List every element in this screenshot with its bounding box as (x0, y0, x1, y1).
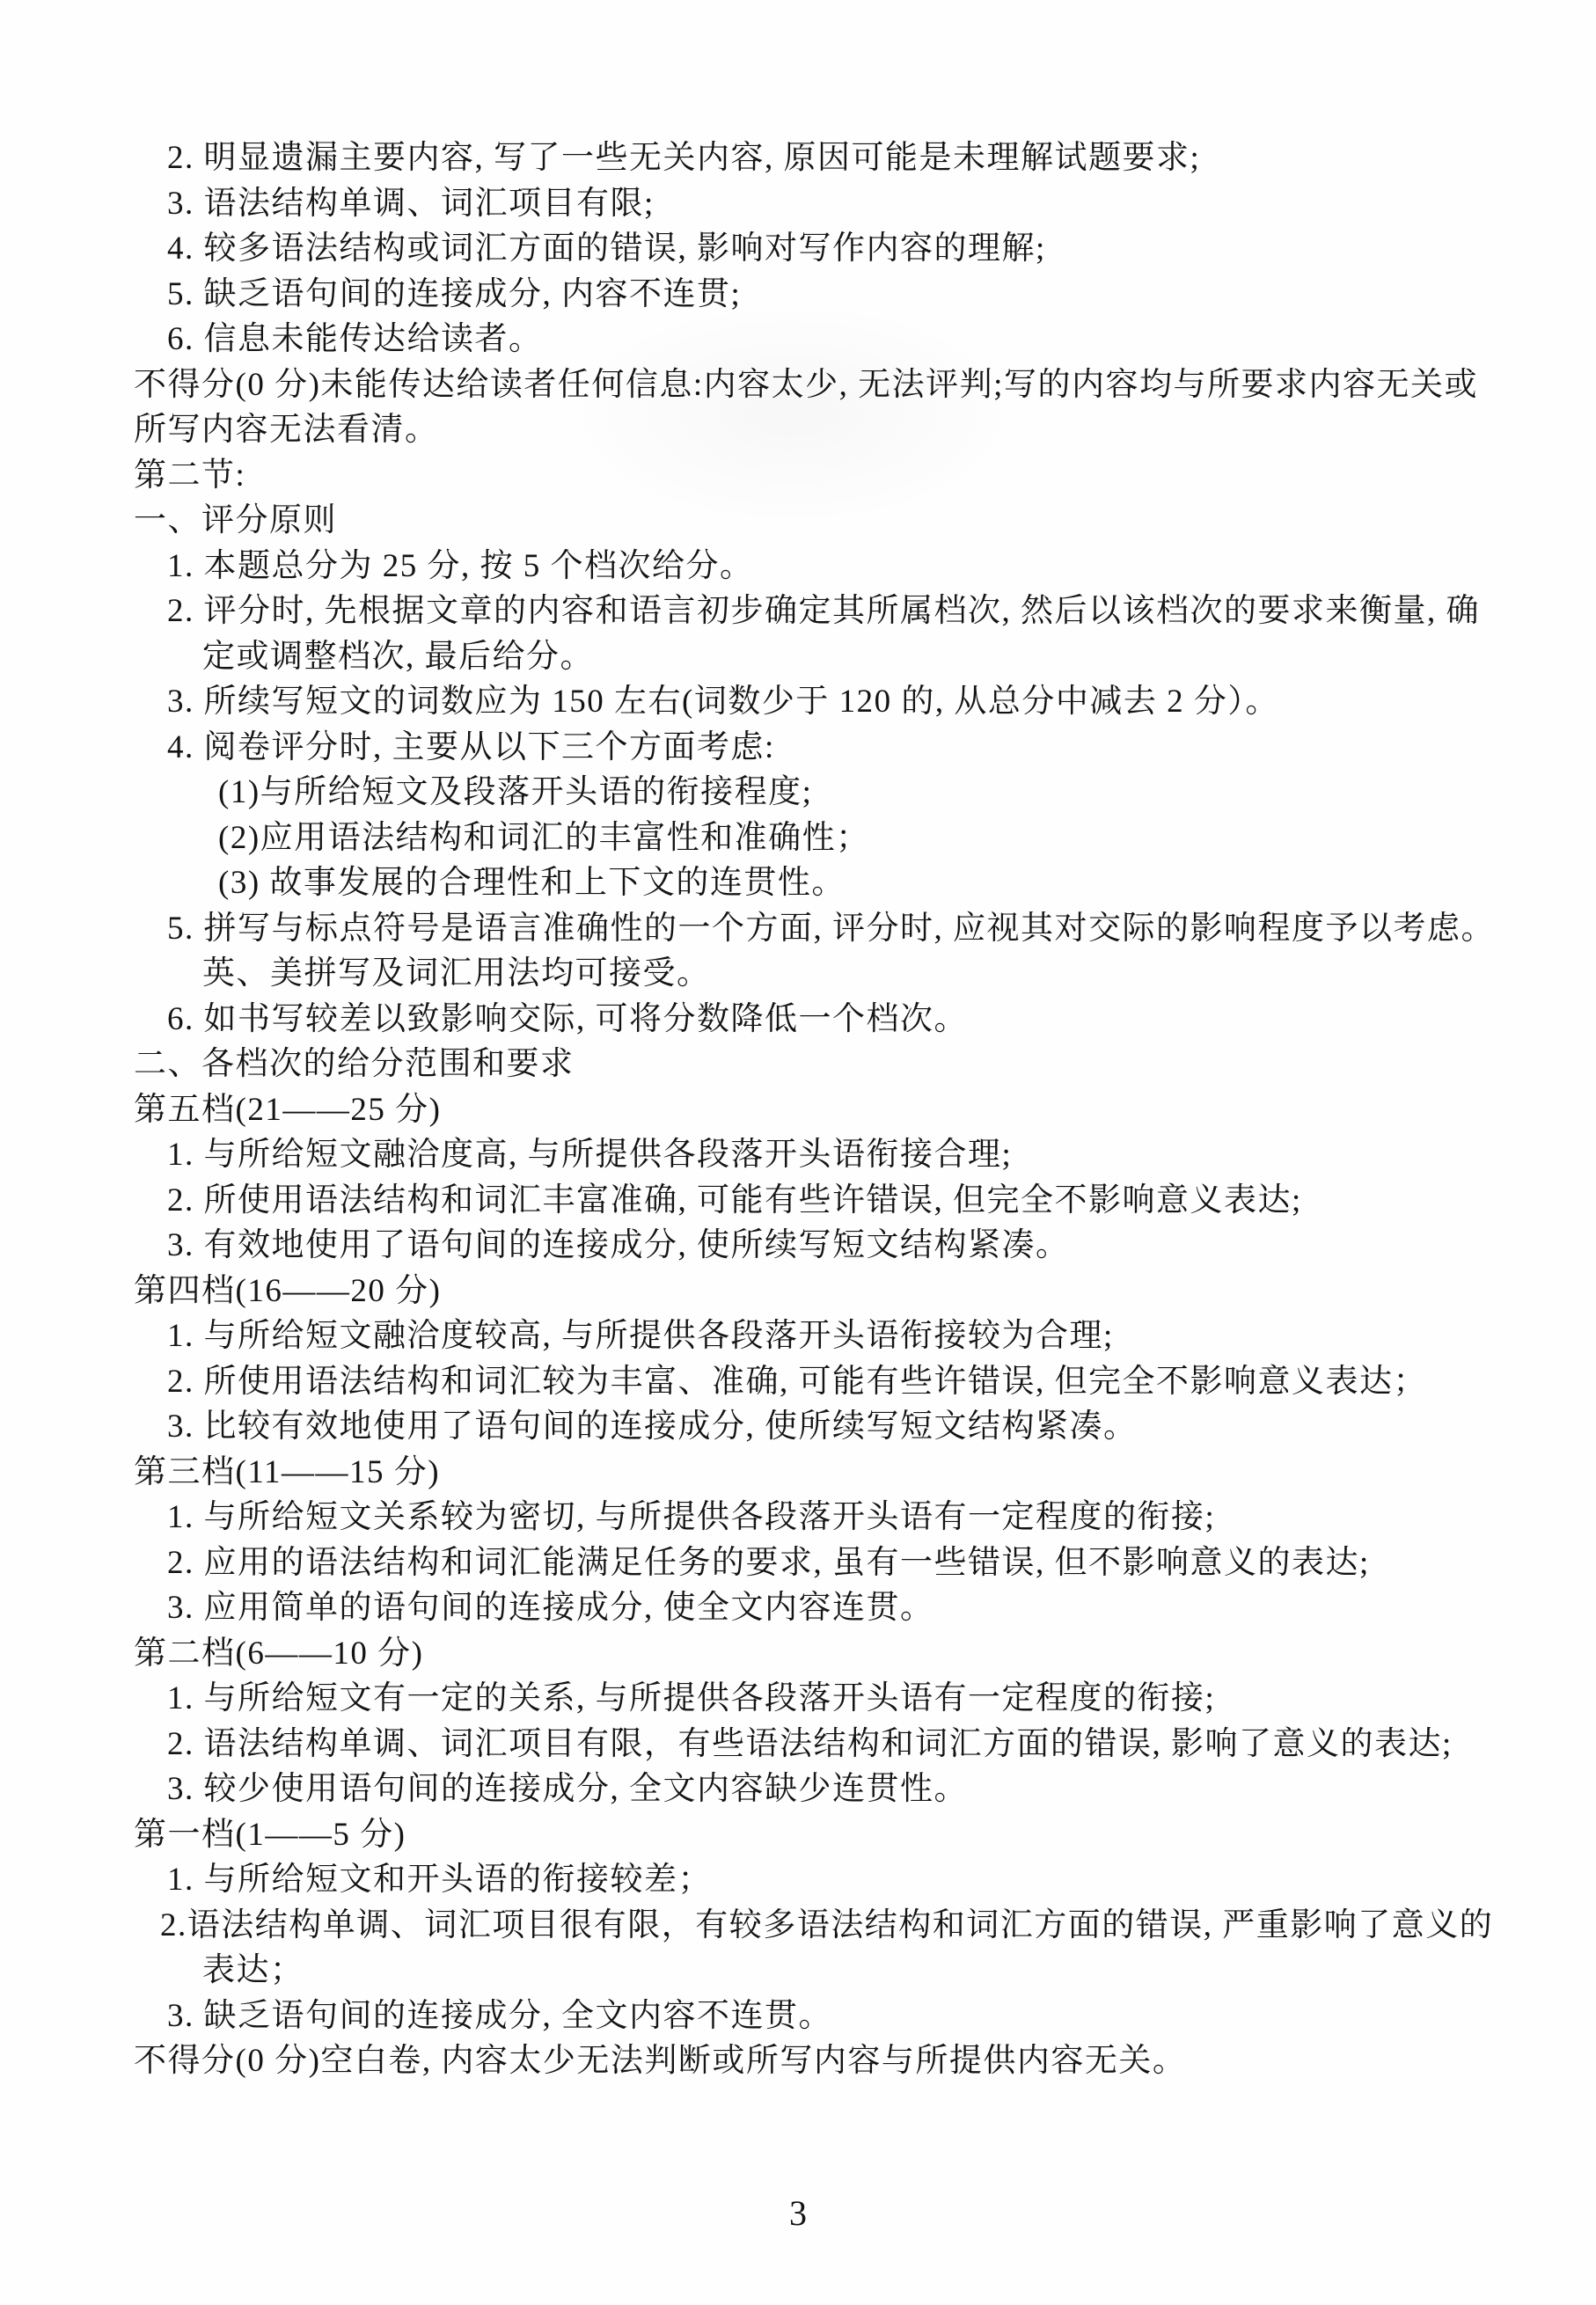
page-number: 3 (0, 2194, 1596, 2233)
text-line: 5. 拼写与标点符号是语言准确性的一个方面, 评分时, 应视其对交际的影响程度予… (167, 906, 1508, 952)
text-line: 一、评分原则 (134, 498, 1508, 544)
text-line: 1. 与所给短文融洽度高, 与所提供各段落开头语衔接合理; (167, 1132, 1508, 1178)
text-line: 1. 与所给短文和开头语的衔接较差； (167, 1857, 1508, 1903)
text-line: 3. 缺乏语句间的连接成分, 全文内容不连贯。 (167, 1994, 1508, 2039)
text-line: 第二节: (134, 453, 1508, 499)
text-line: 1. 与所给短文关系较为密切, 与所提供各段落开头语有一定程度的衔接; (167, 1495, 1508, 1540)
text-line: 3. 应用简单的语句间的连接成分, 使全文内容连贯。 (167, 1585, 1508, 1631)
text-line: 6. 信息未能传达给读者。 (167, 317, 1508, 362)
text-line: 第二档(6——10 分) (134, 1631, 1508, 1677)
text-line: 不得分(0 分)未能传达给读者任何信息:内容太少, 无法评判;写的内容均与所要求… (134, 362, 1508, 408)
text-line: 第三档(11——15 分) (134, 1450, 1508, 1496)
text-line: (3) 故事发展的合理性和上下文的连贯性。 (218, 860, 1508, 906)
text-line: 所写内容无法看清。 (134, 407, 1508, 453)
text-line: 表达； (202, 1948, 1508, 1994)
text-line: 1. 与所给短文有一定的关系, 与所提供各段落开头语有一定程度的衔接; (167, 1676, 1508, 1722)
text-line: 1. 本题总分为 25 分, 按 5 个档次给分。 (167, 544, 1508, 589)
text-line: 4. 阅卷评分时, 主要从以下三个方面考虑: (167, 725, 1508, 771)
text-line: 3. 所续写短文的词数应为 150 左右(词数少于 120 的, 从总分中减去 … (167, 679, 1508, 725)
text-line: 第五档(21——25 分) (134, 1087, 1508, 1133)
text-line: 英、美拼写及词汇用法均可接受。 (202, 951, 1508, 997)
text-line: 2. 所使用语法结构和词汇较为丰富、准确, 可能有些许错误, 但完全不影响意义表… (167, 1359, 1508, 1405)
text-line: 第一档(1——5 分) (134, 1812, 1508, 1858)
text-line: 3. 有效地使用了语句间的连接成分, 使所续写短文结构紧凑。 (167, 1223, 1508, 1269)
text-line: 3. 比较有效地使用了语句间的连接成分, 使所续写短文结构紧凑。 (167, 1404, 1508, 1450)
text-line: 5. 缺乏语句间的连接成分, 内容不连贯; (167, 272, 1508, 318)
text-line: 不得分(0 分)空白卷, 内容太少无法判断或所写内容与所提供内容无关。 (134, 2038, 1508, 2084)
text-line: 2. 评分时, 先根据文章的内容和语言初步确定其所属档次, 然后以该档次的要求来… (167, 589, 1508, 634)
text-line: 2. 所使用语法结构和词汇丰富准确, 可能有些许错误, 但完全不影响意义表达; (167, 1178, 1508, 1224)
text-line: 2.语法结构单调、词汇项目很有限，有较多语法结构和词汇方面的错误, 严重影响了意… (160, 1903, 1508, 1949)
text-line: 2. 明显遗漏主要内容, 写了一些无关内容, 原因可能是未理解试题要求; (167, 135, 1508, 181)
document-body: 2. 明显遗漏主要内容, 写了一些无关内容, 原因可能是未理解试题要求;3. 语… (134, 135, 1508, 2084)
text-line: (2)应用语法结构和词汇的丰富性和准确性； (218, 816, 1508, 861)
text-line: 2. 语法结构单调、词汇项目有限，有些语法结构和词汇方面的错误, 影响了意义的表… (167, 1722, 1508, 1767)
text-line: 6. 如书写较差以致影响交际, 可将分数降低一个档次。 (167, 997, 1508, 1043)
text-line: 4. 较多语法结构或词汇方面的错误, 影响对写作内容的理解; (167, 226, 1508, 272)
text-line: 1. 与所给短文融洽度较高, 与所提供各段落开头语衔接较为合理; (167, 1313, 1508, 1359)
text-line: 2. 应用的语法结构和词汇能满足任务的要求, 虽有一些错误, 但不影响意义的表达… (167, 1540, 1508, 1586)
text-line: 3. 语法结构单调、词汇项目有限; (167, 181, 1508, 227)
document-page: 2. 明显遗漏主要内容, 写了一些无关内容, 原因可能是未理解试题要求;3. 语… (0, 0, 1596, 2305)
text-line: 第四档(16——20 分) (134, 1269, 1508, 1314)
text-line: 二、各档次的给分范围和要求 (134, 1042, 1508, 1087)
text-line: 定或调整档次, 最后给分。 (202, 634, 1508, 680)
text-line: (1)与所给短文及段落开头语的衔接程度; (218, 770, 1508, 816)
text-line: 3. 较少使用语句间的连接成分, 全文内容缺少连贯性。 (167, 1767, 1508, 1812)
